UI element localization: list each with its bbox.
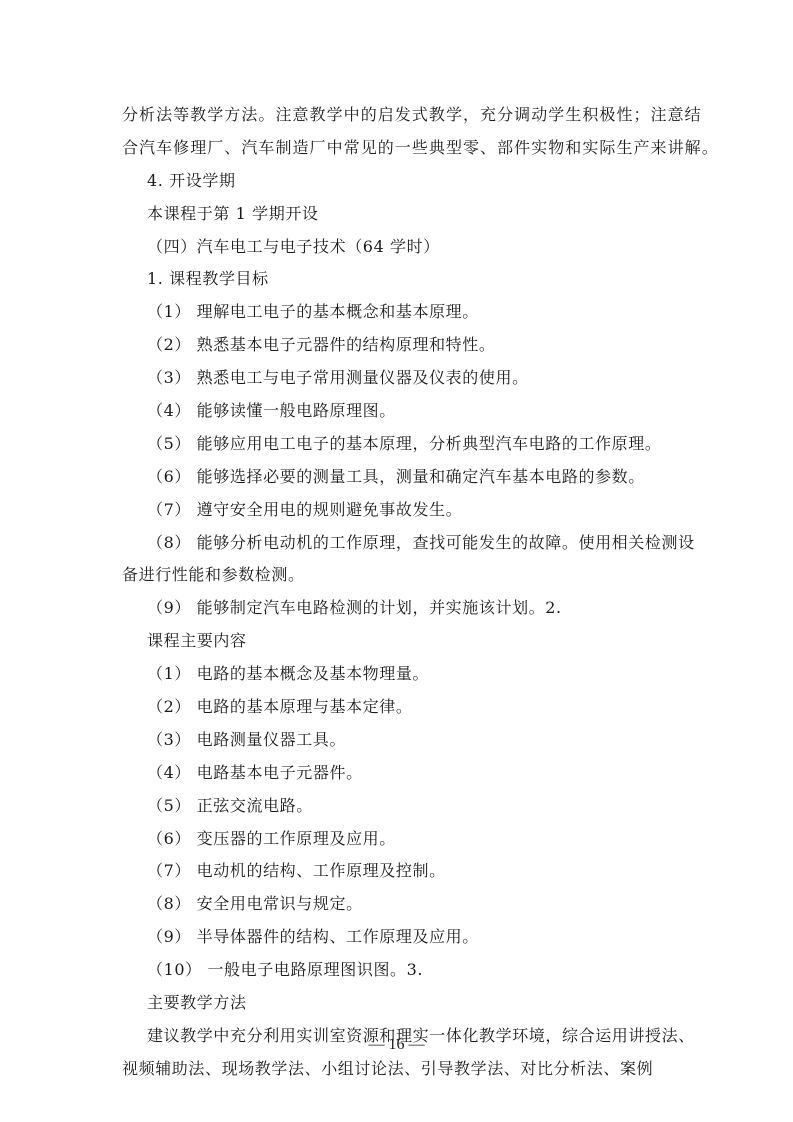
objective-item: （4） 能够读懂一般电路原理图。 <box>122 395 692 428</box>
section-heading-objectives: 1. 课程教学目标 <box>122 263 692 296</box>
body-text-line: 分析法等教学方法。注意教学中的启发式教学，充分调动学生积极性；注意结 <box>122 99 692 132</box>
section-heading-semester: 4. 开设学期 <box>122 165 692 198</box>
content-item: （7） 电动机的结构、工作原理及控制。 <box>122 855 692 888</box>
objective-item: （1） 理解电工电子的基本概念和基本原理。 <box>122 296 692 329</box>
page-number: — 16 — <box>0 1036 793 1054</box>
body-text-line: 视频辅助法、现场教学法、小组讨论法、引导教学法、对比分析法、案例 <box>122 1053 692 1086</box>
objective-item: （2） 熟悉基本电子元器件的结构原理和特性。 <box>122 329 692 362</box>
content-item: （3） 电路测量仪器工具。 <box>122 724 692 757</box>
content-item: （1） 电路的基本概念及基本物理量。 <box>122 658 692 691</box>
content-item: （8） 安全用电常识与规定。 <box>122 888 692 921</box>
objective-item: （6） 能够选择必要的测量工具，测量和确定汽车基本电路的参数。 <box>122 461 692 494</box>
content-item: （10） 一般电子电路原理图识图。3. <box>122 954 692 987</box>
objective-item: （7） 遵守安全用电的规则避免事故发生。 <box>122 494 692 527</box>
content-item: （9） 半导体器件的结构、工作原理及应用。 <box>122 921 692 954</box>
content-item: （4） 电路基本电子元器件。 <box>122 757 692 790</box>
objective-item: （8） 能够分析电动机的工作原理，查找可能发生的故障。使用相关检测设 <box>122 527 692 560</box>
semester-text: 本课程于第 1 学期开设 <box>122 198 692 231</box>
content-item: （6） 变压器的工作原理及应用。 <box>122 823 692 856</box>
objective-item: （5） 能够应用电工电子的基本原理，分析典型汽车电路的工作原理。 <box>122 428 692 461</box>
objective-item: （9） 能够制定汽车电路检测的计划，并实施该计划。2. <box>122 592 692 625</box>
section-heading-methods: 主要教学方法 <box>122 987 692 1020</box>
objective-item-continuation: 备进行性能和参数检测。 <box>122 559 692 592</box>
content-item: （2） 电路的基本原理与基本定律。 <box>122 691 692 724</box>
document-page: 分析法等教学方法。注意教学中的启发式教学，充分调动学生积极性；注意结 合汽车修理… <box>122 99 692 1086</box>
objective-item: （3） 熟悉电工与电子常用测量仪器及仪表的使用。 <box>122 362 692 395</box>
section-heading-content: 课程主要内容 <box>122 625 692 658</box>
course-title: （四）汽车电工与电子技术（64 学时） <box>122 231 692 264</box>
body-text-line: 合汽车修理厂、汽车制造厂中常见的一些典型零、部件实物和实际生产来讲解。 <box>122 132 692 165</box>
content-item: （5） 正弦交流电路。 <box>122 790 692 823</box>
